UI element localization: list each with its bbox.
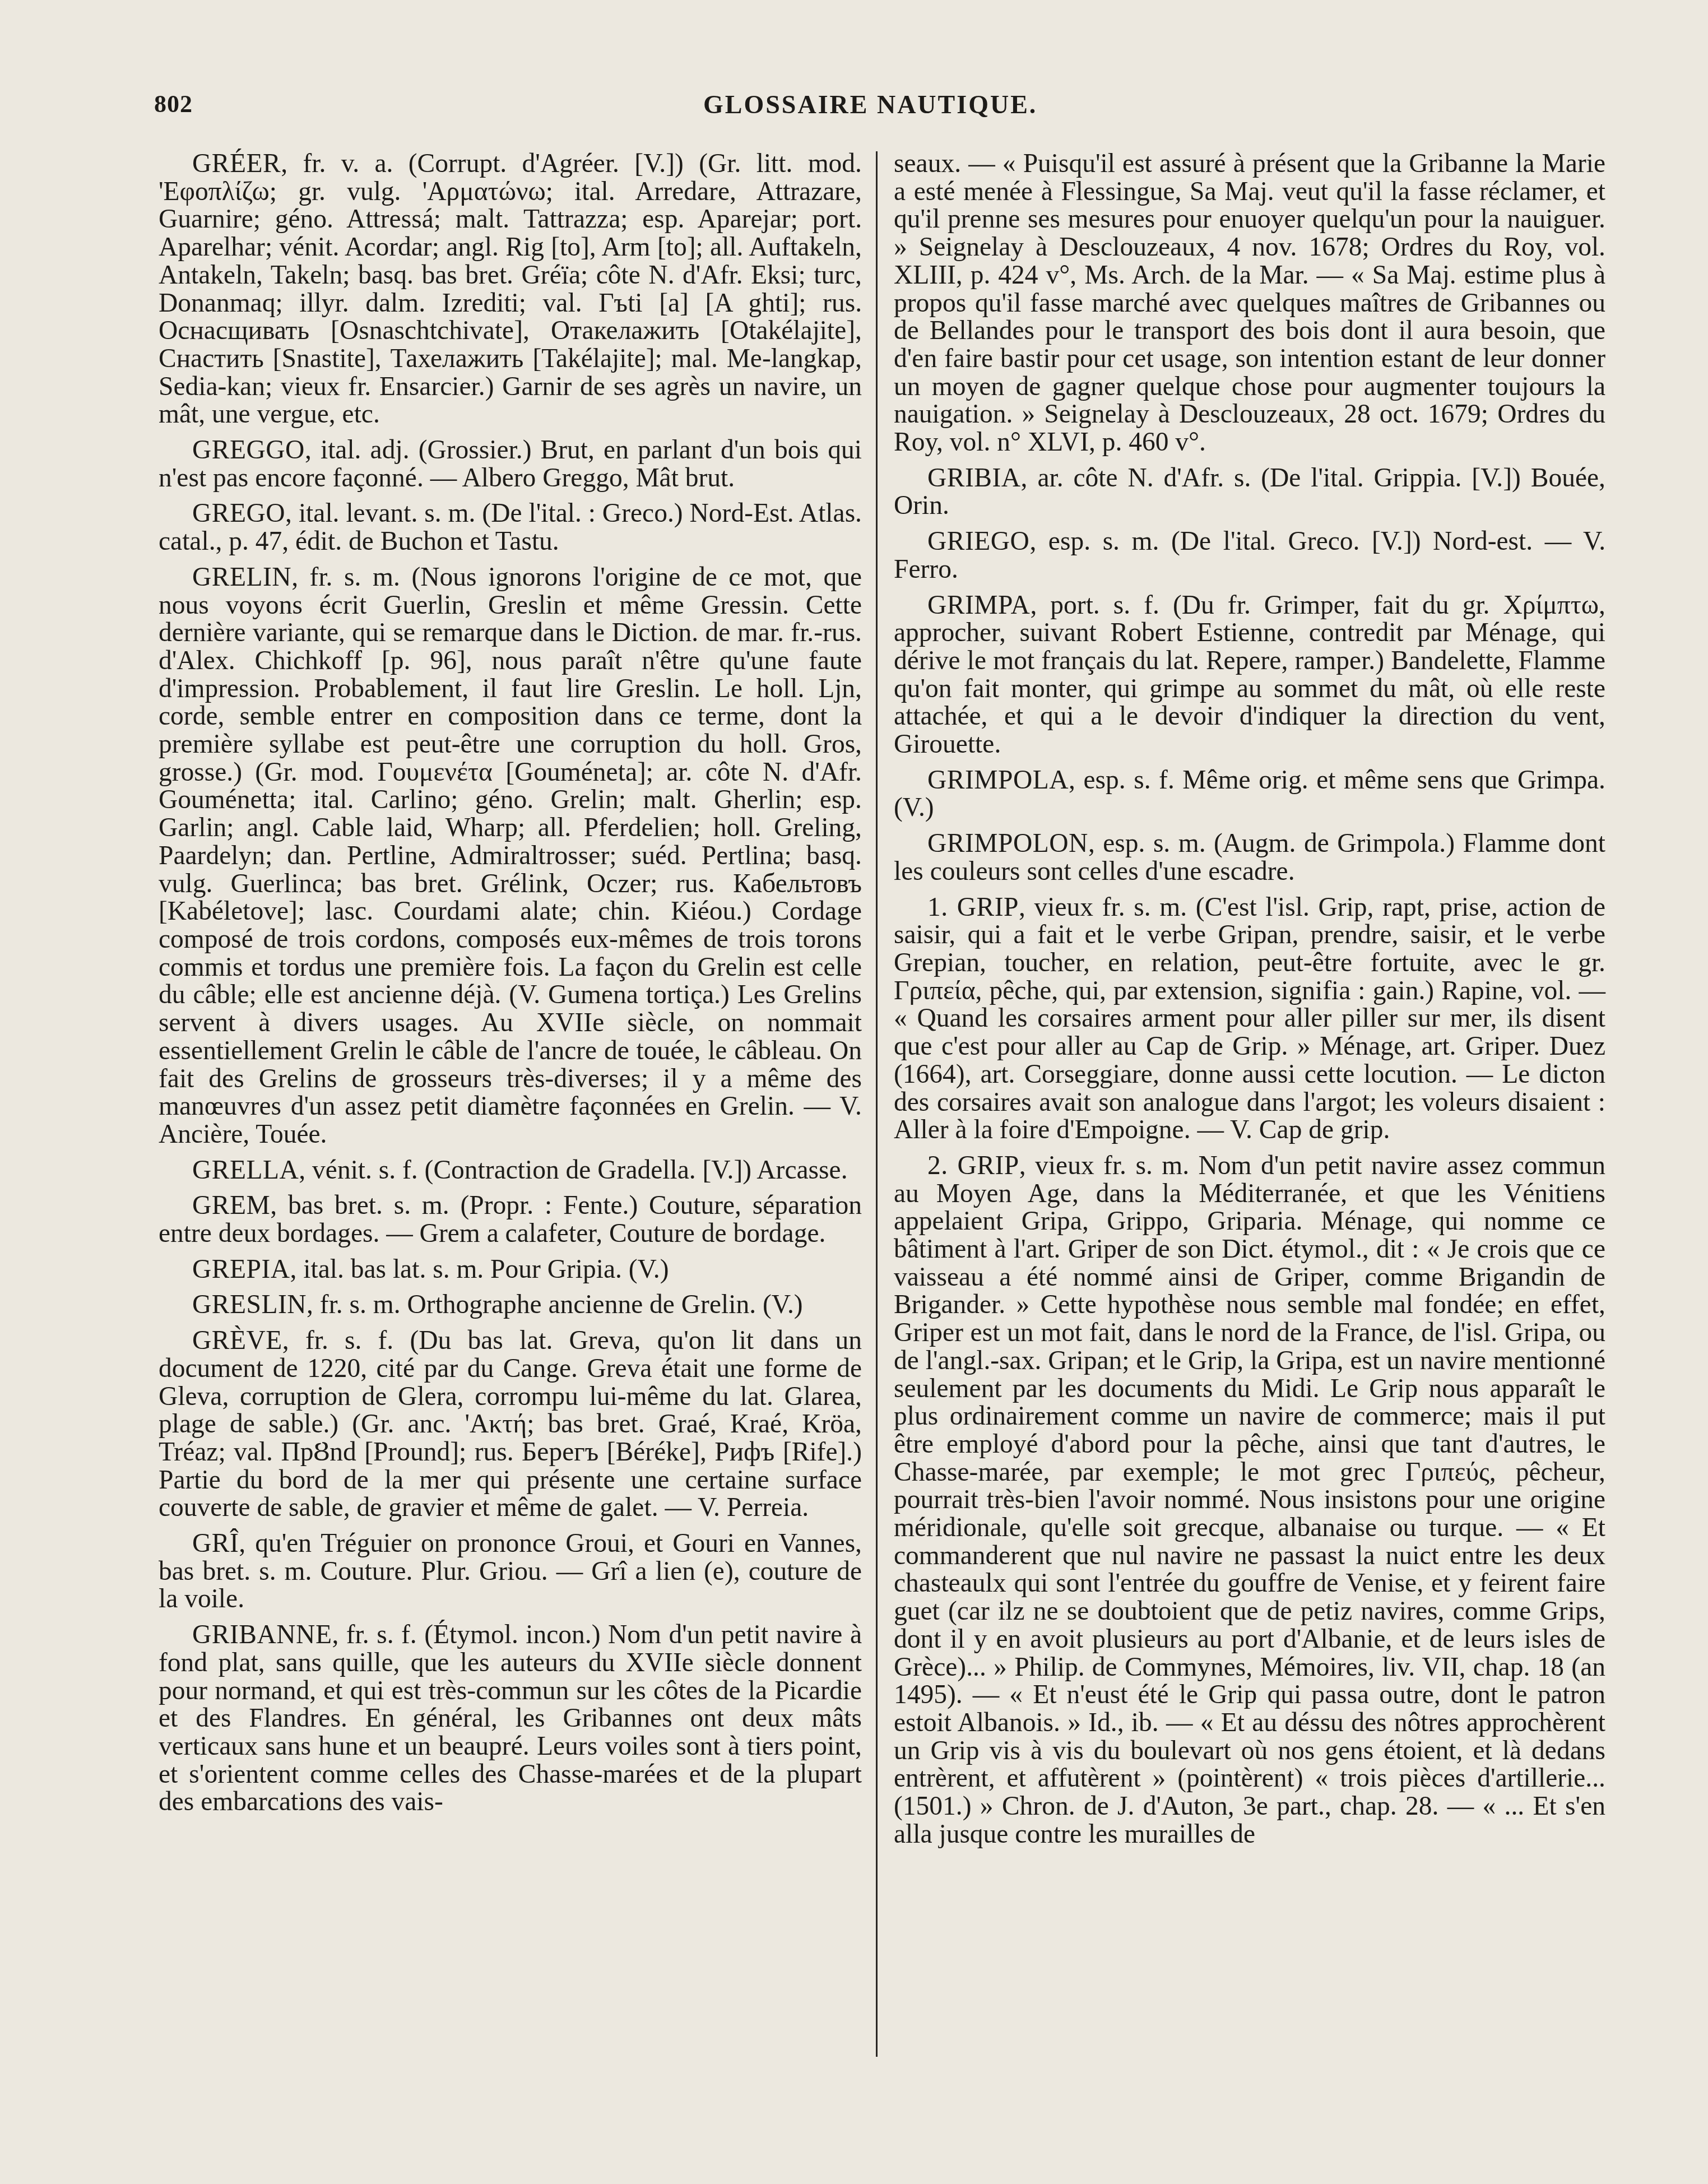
entry-text: , fr. s. f. (Étymol. incon.) Nom d'un pe… (159, 1620, 862, 1816)
entry-headword: GRESLIN (192, 1290, 307, 1319)
glossary-entry: GRÈVE, fr. s. f. (Du bas lat. Greva, qu'… (159, 1327, 862, 1522)
glossary-entry: GRIEGO, esp. s. m. (De l'ital. Greco. [V… (894, 528, 1605, 583)
glossary-entry: GRÉER, fr. v. a. (Corrupt. d'Agréer. [V.… (159, 150, 862, 429)
glossary-entry: GRIMPA, port. s. f. (Du fr. Grimper, fai… (894, 592, 1605, 759)
entry-headword: GRIMPA (927, 591, 1030, 620)
entry-text: , fr. v. a. (Corrupt. d'Agréer. [V.]) (G… (159, 149, 862, 429)
glossary-entry: GRIBANNE, fr. s. f. (Étymol. incon.) Nom… (159, 1621, 862, 1816)
entry-text: , vieux fr. s. m. (C'est l'isl. Grip, ra… (894, 893, 1605, 1145)
glossary-entry-continuation: seaux. — « Puisqu'il est assuré à présen… (894, 150, 1605, 457)
glossary-entry: GRÎ, qu'en Tréguier on prononce Groui, e… (159, 1530, 862, 1613)
entry-text: , fr. s. m. Orthographe ancienne de Grel… (307, 1290, 803, 1319)
glossary-entry: GREGGO, ital. adj. (Grossier.) Brut, en … (159, 437, 862, 492)
entry-headword: GRÈVE (192, 1326, 282, 1355)
entry-headword: GRIBIA (927, 463, 1021, 493)
entry-headword: GRIMPOLON (927, 829, 1088, 858)
entry-text: , vieux fr. s. m. Nom d'un petit navire … (894, 1151, 1605, 1849)
right-column: seaux. — « Puisqu'il est assuré à présen… (894, 150, 1605, 1856)
entry-headword: GRELIN (192, 563, 291, 592)
glossary-entry: GRIBIA, ar. côte N. d'Afr. s. (De l'ital… (894, 465, 1605, 520)
glossary-entry: 2. GRIP, vieux fr. s. m. Nom d'un petit … (894, 1152, 1605, 1849)
entry-headword: GRIEGO (927, 527, 1029, 556)
entry-headword: 2. GRIP (927, 1151, 1019, 1180)
glossary-entry: GREGO, ital. levant. s. m. (De l'ital. :… (159, 500, 862, 555)
entry-headword: 1. GRIP (927, 893, 1019, 922)
entry-headword: GRÎ (192, 1529, 239, 1558)
glossary-entry: GRESLIN, fr. s. m. Orthographe ancienne … (159, 1291, 862, 1319)
running-title: GLOSSAIRE NAUTIQUE. (703, 90, 1037, 119)
entry-text: , ital. bas lat. s. m. Pour Gripia. (V.) (290, 1255, 669, 1284)
glossary-entry: 1. GRIP, vieux fr. s. m. (C'est l'isl. G… (894, 894, 1605, 1144)
left-column: GRÉER, fr. v. a. (Corrupt. d'Agréer. [V.… (159, 150, 862, 1824)
glossary-entry: GREPIA, ital. bas lat. s. m. Pour Gripia… (159, 1256, 862, 1284)
entry-text: , fr. s. f. (Du bas lat. Greva, qu'on li… (159, 1326, 862, 1522)
entry-headword: GREM (192, 1191, 270, 1220)
entry-headword: GREGO (192, 499, 285, 528)
entry-text: , vénit. s. f. (Contraction de Gradella.… (299, 1156, 847, 1185)
page-header: 802 GLOSSAIRE NAUTIQUE. (154, 90, 1611, 123)
entry-text: , qu'en Tréguier on prononce Groui, et G… (159, 1529, 862, 1613)
entry-headword: GRIMPOLA (927, 766, 1069, 795)
glossary-entry: GREM, bas bret. s. m. (Propr. : Fente.) … (159, 1192, 862, 1248)
entry-headword: GREGGO (192, 435, 305, 465)
glossary-entry: GRIMPOLON, esp. s. m. (Augm. de Grimpola… (894, 830, 1605, 885)
page-number: 802 (154, 90, 193, 118)
document-page: 802 GLOSSAIRE NAUTIQUE. GRÉER, fr. v. a.… (0, 0, 1708, 2184)
glossary-entry: GRIMPOLA, esp. s. f. Même orig. et même … (894, 767, 1605, 822)
entry-text: , fr. s. m. (Nous ignorons l'origine de … (159, 563, 862, 1149)
entry-text: seaux. — « Puisqu'il est assuré à présen… (894, 149, 1605, 457)
glossary-entry: GRELLA, vénit. s. f. (Contraction de Gra… (159, 1157, 862, 1185)
entry-headword: GREPIA (192, 1255, 290, 1284)
column-divider (876, 151, 878, 2057)
glossary-entry: GRELIN, fr. s. m. (Nous ignorons l'origi… (159, 564, 862, 1149)
entry-headword: GRIBANNE (192, 1620, 332, 1649)
entry-headword: GRÉER (192, 149, 281, 178)
entry-headword: GRELLA (192, 1156, 299, 1185)
